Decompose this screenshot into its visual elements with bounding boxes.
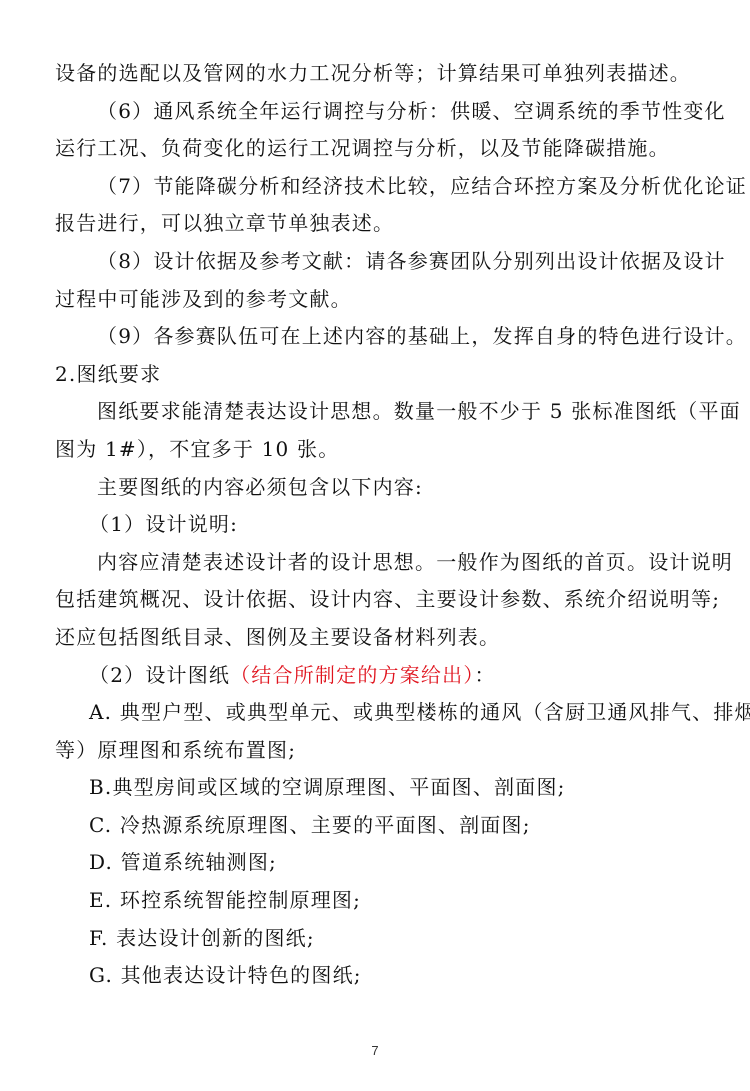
paragraph-line: 还应包括图纸目录、图例及主要设备材料列表。 bbox=[55, 619, 698, 657]
paragraph-line: 主要图纸的内容必须包含以下内容: bbox=[55, 469, 698, 507]
item-2-label: （2）设计图纸 bbox=[89, 663, 230, 687]
item-9-team-features: （9）各参赛队伍可在上述内容的基础上，发挥自身的特色进行设计。 bbox=[55, 318, 698, 356]
list-item-f: F. 表达设计创新的图纸; bbox=[55, 920, 698, 958]
paragraph-line: 图为 1#），不宜多于 10 张。 bbox=[55, 431, 698, 469]
list-item-g: G. 其他表达设计特色的图纸; bbox=[55, 957, 698, 995]
paragraph-line: 图纸要求能清楚表达设计思想。数量一般不少于 5 张标准图纸（平面 bbox=[55, 393, 698, 431]
document-page: 设备的选配以及管网的水力工况分析等；计算结果可单独列表描述。 （6）通风系统全年… bbox=[55, 55, 698, 995]
item-2-design-drawings: （2）设计图纸（结合所制定的方案给出）： bbox=[55, 657, 698, 695]
paragraph-line: 过程中可能涉及到的参考文献。 bbox=[55, 281, 698, 319]
list-item-d: D. 管道系统轴测图; bbox=[55, 844, 698, 882]
paragraph-line: 等）原理图和系统布置图; bbox=[55, 732, 698, 770]
paragraph-line: 报告进行，可以独立章节单独表述。 bbox=[55, 205, 698, 243]
paragraph-line: 包括建筑概况、设计依据、设计内容、主要设计参数、系统介绍说明等; bbox=[55, 581, 698, 619]
list-item-a: A. 典型户型、或典型单元、或典型楼栋的通风（含厨卫通风排气、排烟 bbox=[55, 694, 698, 732]
red-highlight-note: （结合所制定的方案给出） bbox=[230, 663, 474, 687]
paragraph-line: 运行工况、负荷变化的运行工况调控与分析，以及节能降碳措施。 bbox=[55, 130, 698, 168]
item-7-energy-analysis: （7）节能降碳分析和经济技术比较，应结合环控方案及分析优化论证 bbox=[55, 168, 698, 206]
list-item-b: B.典型房间或区域的空调原理图、平面图、剖面图; bbox=[55, 769, 698, 807]
item-6-ventilation-control: （6）通风系统全年运行调控与分析：供暖、空调系统的季节性变化 bbox=[55, 93, 698, 131]
page-number: 7 bbox=[0, 1043, 750, 1058]
paragraph-line: 内容应清楚表述设计者的设计思想。一般作为图纸的首页。设计说明 bbox=[55, 544, 698, 582]
item-2-colon: ： bbox=[475, 663, 496, 687]
item-8-references: （8）设计依据及参考文献：请各参赛团队分别列出设计依据及设计 bbox=[55, 243, 698, 281]
paragraph-line: 设备的选配以及管网的水力工况分析等；计算结果可单独列表描述。 bbox=[55, 55, 698, 93]
item-1-design-description: （1）设计说明: bbox=[55, 506, 698, 544]
section-heading-drawing-requirements: 2.图纸要求 bbox=[55, 356, 698, 394]
list-item-c: C. 冷热源系统原理图、主要的平面图、剖面图; bbox=[55, 807, 698, 845]
list-item-e: E. 环控系统智能控制原理图; bbox=[55, 882, 698, 920]
